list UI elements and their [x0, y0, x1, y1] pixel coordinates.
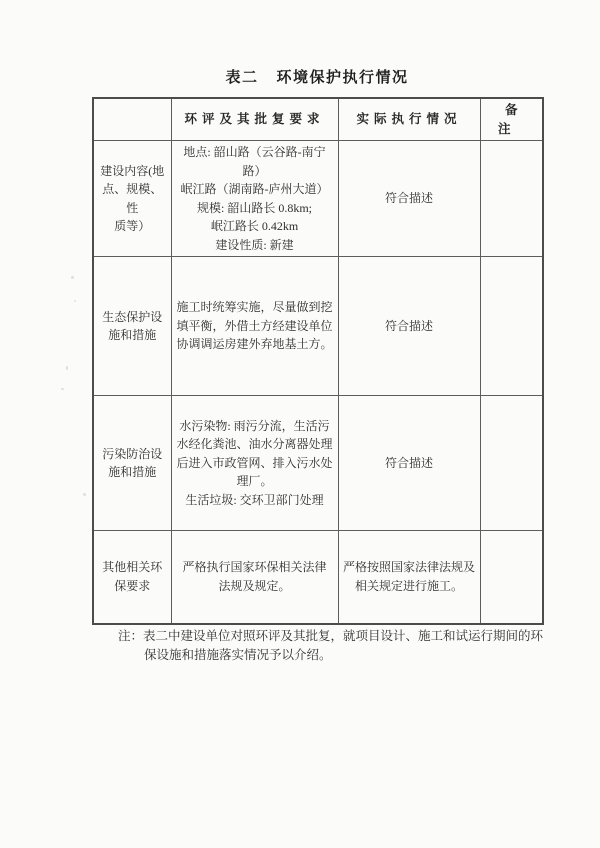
- page-title: 表二环境保护执行情况: [92, 66, 542, 87]
- corner-cell: [93, 98, 171, 141]
- requirement-cell: 水污染物: 雨污分流，生活污 水经化粪池、油水分离器处理 后进入市政管网、排入污…: [171, 396, 338, 531]
- header-requirement: 环评及其批复要求: [171, 98, 338, 141]
- header-actual: 实际执行情况: [338, 98, 480, 141]
- table-header-row: 环评及其批复要求 实际执行情况 备 注: [93, 98, 543, 141]
- row-label: 生态保护设 施和措施: [93, 257, 171, 396]
- remark-cell: [480, 531, 543, 624]
- table-row-construction-content: 建设内容(地 点、规模、性 质等） 地点: 韶山路（云谷路-南宁 路） 岷江路（…: [93, 141, 543, 257]
- environmental-protection-table: 环评及其批复要求 实际执行情况 备 注 建设内容(地 点、规模、性 质等） 地点…: [92, 97, 544, 625]
- actual-cell: 符合描述: [338, 396, 480, 531]
- remark-cell: [480, 257, 543, 396]
- scan-artifact: [83, 493, 86, 496]
- remark-cell: [480, 396, 543, 531]
- remark-cell: [480, 141, 543, 257]
- requirement-cell: 施工时统筹实施，尽量做到挖 填平衡，外借土方经建设单位 协调调运房建外弃地基土方…: [171, 257, 338, 396]
- scan-artifact: [71, 276, 74, 279]
- requirement-cell: 地点: 韶山路（云谷路-南宁 路） 岷江路（湖南路-庐州大道） 规模: 韶山路长…: [171, 141, 338, 257]
- table-row-pollution-prevention: 污染防治设 施和措施 水污染物: 雨污分流，生活污 水经化粪池、油水分离器处理 …: [93, 396, 543, 531]
- scan-artifact: [66, 366, 68, 370]
- table-number: 表二: [225, 70, 258, 86]
- actual-cell: 符合描述: [338, 257, 480, 396]
- table-row-other-requirements: 其他相关环 保要求 严格执行国家环保相关法律 法规及规定。 严格按照国家法律法规…: [93, 531, 543, 624]
- row-label: 其他相关环 保要求: [93, 531, 171, 624]
- header-remark: 备 注: [480, 98, 543, 141]
- table-footnote: 注：表二中建设单位对照环评及其批复，就项目设计、施工和试运行期间的环 保设施和措…: [118, 627, 548, 665]
- scan-artifact: [74, 300, 76, 302]
- table-row-ecological-protection: 生态保护设 施和措施 施工时统筹实施，尽量做到挖 填平衡，外借土方经建设单位 协…: [93, 257, 543, 396]
- row-label: 污染防治设 施和措施: [93, 396, 171, 531]
- table-title-text: 环境保护执行情况: [277, 70, 409, 86]
- scan-artifact: [61, 388, 64, 390]
- actual-cell: 符合描述: [338, 141, 480, 257]
- requirement-cell: 严格执行国家环保相关法律 法规及规定。: [171, 531, 338, 624]
- actual-cell: 严格按照国家法律法规及 相关规定进行施工。: [338, 531, 480, 624]
- row-label: 建设内容(地 点、规模、性 质等）: [93, 141, 171, 257]
